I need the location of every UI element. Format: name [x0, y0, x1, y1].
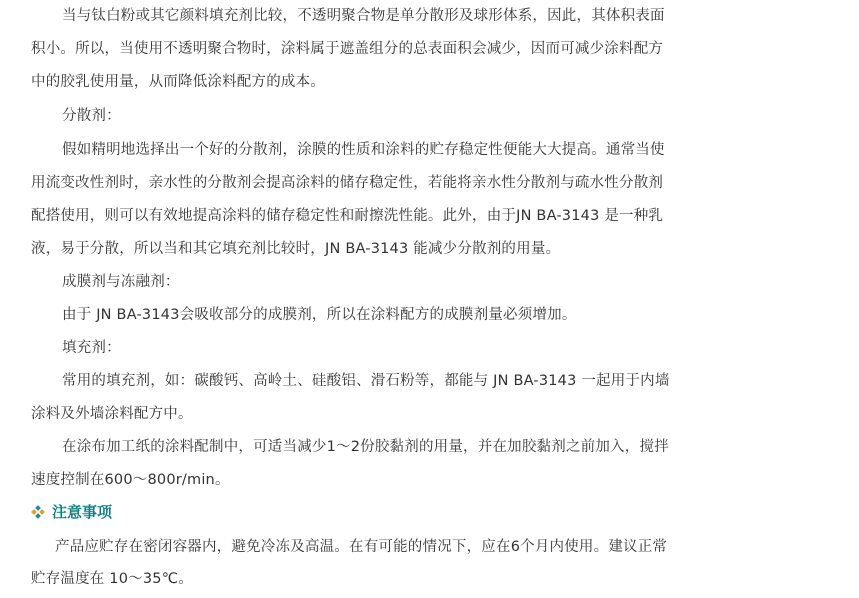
subheading-filler: 填充剂： — [62, 332, 121, 365]
notes-line-1: 产品应贮存在密闭容器内，避免冷冻及高温。在有可能的情况下，应在6个月内使用。建议… — [55, 531, 667, 564]
paragraph-dispersant-line-4: 液，易于分散，所以当和其它填充剂比较时，JN BA-3143 能减少分散剂的用量… — [31, 233, 560, 266]
paragraph-paper-coating-line-2: 速度控制在600～800r/min。 — [31, 464, 230, 497]
notes-heading: 注意事项 — [31, 497, 112, 527]
paragraph-filler-line-1: 常用的填充剂，如：碳酸钙、高岭土、硅酸铝、滑石粉等，都能与 JN BA-3143… — [62, 365, 670, 398]
paragraph-paper-coating-line-1: 在涂布加工纸的涂料配制中，可适当减少1～2份胶黏剂的用量，并在加胶黏剂之前加入，… — [62, 431, 669, 464]
paragraph-opacity-line-3: 中的胶乳使用量，从而降低涂料配方的成本。 — [31, 66, 325, 99]
paragraph-filler-line-2: 涂料及外墙涂料配方中。 — [31, 398, 193, 431]
paragraph-dispersant-line-3: 配搭使用，则可以有效地提高涂料的储存稳定性和耐擦洗性能。此外，由于JN BA-3… — [31, 200, 663, 233]
paragraph-dispersant-line-1: 假如精明地选择出一个好的分散剂，涂膜的性质和涂料的贮存稳定性便能大大提高。通常当… — [62, 134, 665, 167]
subheading-coalescent: 成膜剂与冻融剂： — [62, 266, 180, 299]
diamond-bullet-icon — [32, 506, 44, 518]
notes-heading-label: 注意事项 — [52, 497, 112, 527]
paragraph-opacity-line-2: 积小。所以，当使用不透明聚合物时，涂料属于遮盖组分的总表面积会减少，因而可减少涂… — [31, 33, 663, 66]
notes-line-2: 贮存温度在 10～35℃。 — [31, 563, 193, 596]
paragraph-coalescent-line-1: 由于 JN BA-3143会吸收部分的成膜剂，所以在涂料配方的成膜剂量必须增加。 — [62, 299, 577, 332]
subheading-dispersant: 分散剂： — [62, 100, 121, 133]
paragraph-dispersant-line-2: 用流变改性剂时，亲水性的分散剂会提高涂料的储存稳定性，若能将亲水性分散剂与疏水性… — [31, 167, 663, 200]
paragraph-opacity-line-1: 当与钛白粉或其它颜料填充剂比较，不透明聚合物是单分散形及球形体系，因此，其体积表… — [62, 0, 665, 33]
